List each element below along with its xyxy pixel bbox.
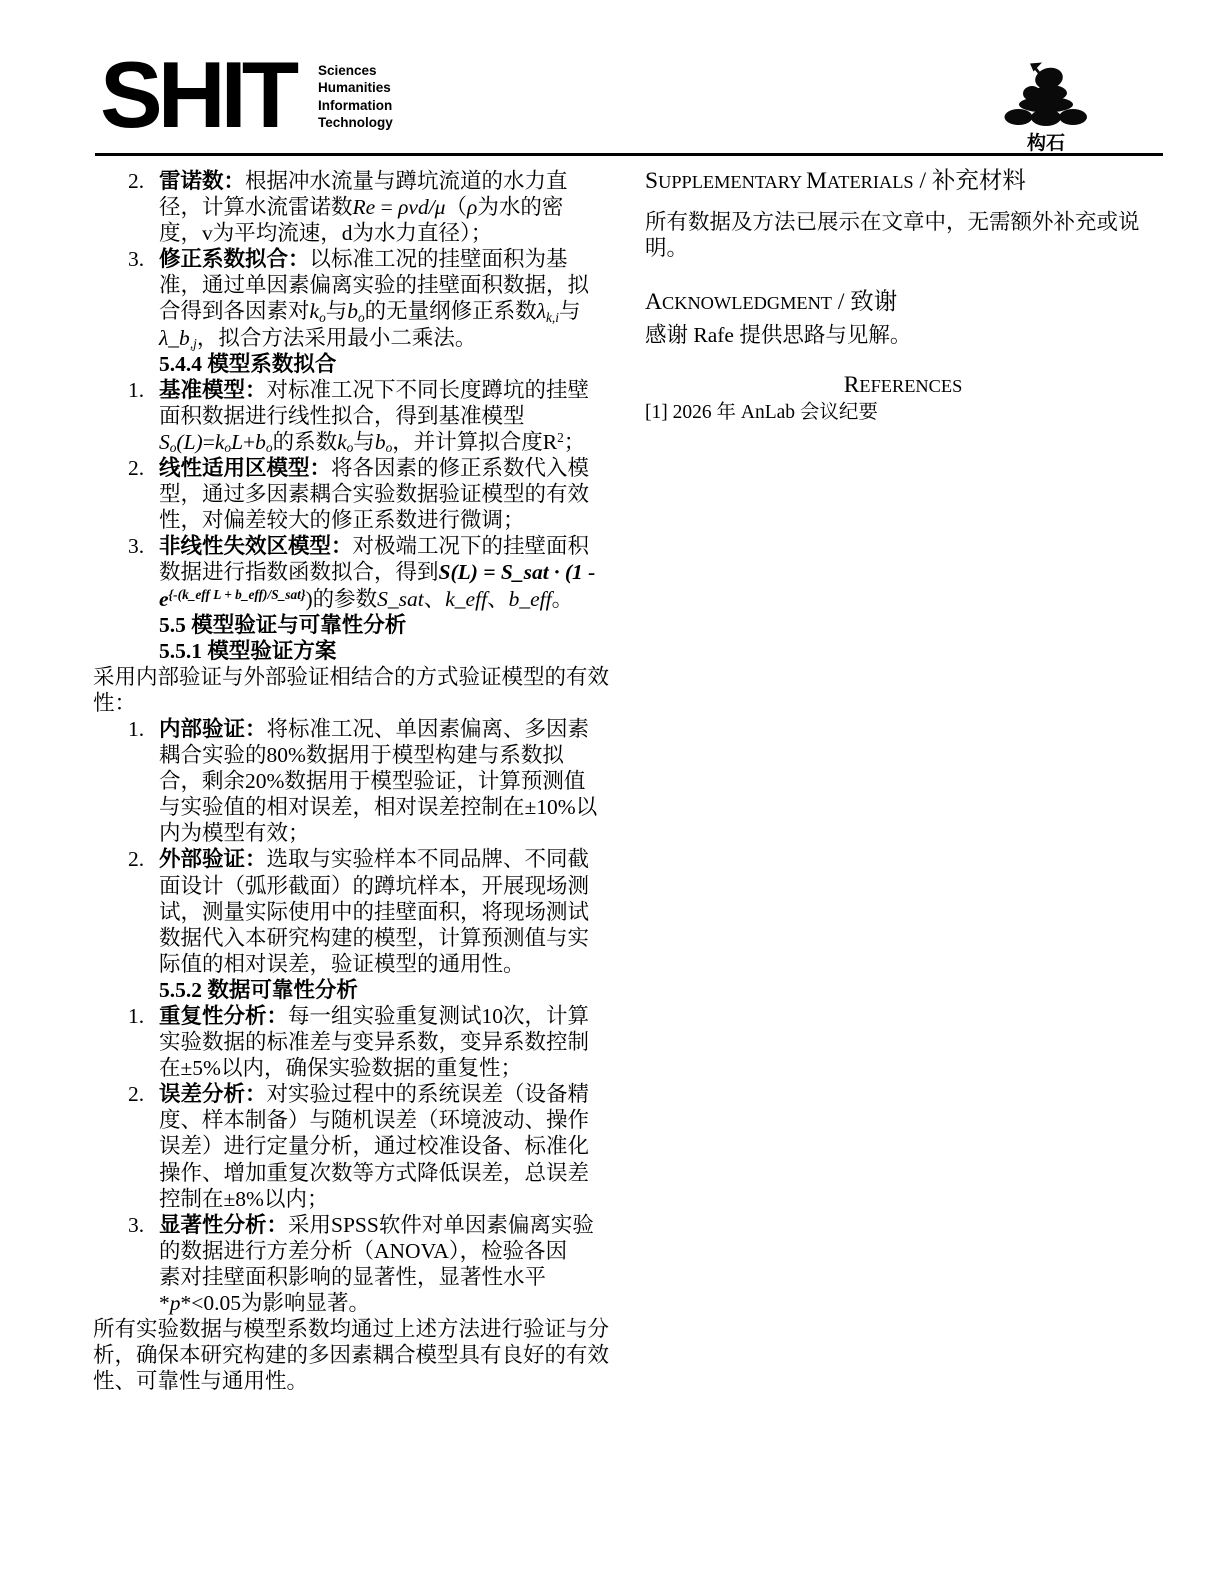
section-heading: 5.4.4 模型系数拟合: [93, 351, 623, 377]
text-run: 、: [487, 587, 509, 611]
org-logo: 构石: [1000, 62, 1092, 155]
text-run: Re: [353, 195, 376, 219]
text-run: 素对挂壁面积影响的显著性，显著性水平: [159, 1265, 546, 1289]
text-run: 耦合实验的80%数据用于模型构建与系数拟: [159, 743, 564, 767]
list-item: 1.基准模型：对标准工况下不同长度蹲坑的挂壁面积数据进行线性拟合，得到基准模型S…: [93, 377, 623, 455]
list-number: 3.: [128, 1212, 144, 1238]
text-run: 修正系数拟合：: [159, 247, 310, 271]
org-logo-label: 构石: [1000, 128, 1092, 155]
text-run: =: [375, 195, 398, 219]
text-run: ，并计算拟合度R: [392, 430, 557, 454]
list-number: 2.: [128, 846, 144, 872]
text-run: k: [215, 430, 225, 454]
text-run: 对实验过程中的系统误差（设备精: [267, 1082, 590, 1106]
list-number: 3.: [128, 533, 144, 559]
text-run: =: [203, 430, 215, 454]
text-run: S: [159, 430, 170, 454]
text-run: 际值的相对误差，验证模型的通用性。: [159, 952, 525, 976]
text-run: 合得到各因素对: [159, 299, 310, 323]
text-run: 所有实验数据与模型系数均通过上述方法进行验证与分: [93, 1317, 609, 1341]
text-run: 误差）进行定量分析，通过校准设备、标准化: [159, 1134, 589, 1158]
text-run: ；: [564, 430, 586, 454]
text-run: 数据进行指数函数拟合，得到: [159, 560, 439, 584]
text-run: 控制在±8%以内；: [159, 1187, 328, 1211]
text-run: 误差分析：: [159, 1082, 267, 1106]
section-heading: 5.5 模型验证与可靠性分析: [93, 612, 623, 638]
spacer: [645, 195, 1161, 209]
text-run: 为水的密: [477, 195, 563, 219]
text-run: 径，计算水流雷诺数: [159, 195, 353, 219]
list-item: 2.线性适用区模型：将各因素的修正系数代入模型，通过多因素耦合实验数据验证模型的…: [93, 455, 623, 533]
text-run: (L): [176, 430, 202, 454]
text-run: M: [806, 168, 827, 194]
paragraph: 所有数据及方法已展示在文章中，无需额外补充或说明。: [645, 209, 1161, 261]
text-run: b: [255, 430, 266, 454]
text-run: 度、样本制备）与随机误差（环境波动、操作: [159, 1108, 589, 1132]
text-run: 采用SPSS软件对单因素偏离实验: [288, 1213, 594, 1237]
text-run: （: [445, 195, 467, 219]
text-run: 数据代入本研究构建的模型，计算预测值与实: [159, 926, 589, 950]
text-run: λ: [537, 299, 546, 323]
list-number: 1.: [128, 1003, 144, 1029]
text-run: A: [645, 289, 662, 315]
text-line: 素对挂壁面积影响的显著性，显著性水平: [159, 1264, 623, 1290]
tagline-line-humanities: Humanities: [318, 79, 393, 96]
text-run: 以标准工况的挂壁面积为基: [310, 247, 568, 271]
text-run: 选取与实验样本不同品牌、不同截: [267, 847, 590, 871]
list-item: 2.外部验证：选取与实验样本不同品牌、不同截面设计（弧形截面）的蹲坑样本，开展现…: [93, 846, 623, 976]
text-line: So(L)=koL+bo的系数ko与bo，并计算拟合度R2；: [159, 429, 623, 455]
text-line: 误差分析：对实验过程中的系统误差（设备精: [159, 1081, 623, 1107]
text-run: 性，对偏差较大的修正系数进行微调；: [159, 508, 525, 532]
text-run: 雷诺数：: [159, 169, 245, 193]
text-run: 准，通过单因素偏离实验的挂壁面积数据，拟: [159, 273, 589, 297]
paragraph: 采用内部验证与外部验证相结合的方式验证模型的有效性：: [93, 664, 623, 716]
text-run: 采用内部验证与外部验证相结合的方式验证模型的有效: [93, 665, 609, 689]
text-run: / 补充材料: [914, 168, 1026, 194]
text-run: / 致谢: [832, 289, 897, 315]
text-run: p: [170, 1291, 181, 1315]
spacer: [645, 348, 1161, 372]
text-run: 对标准工况下不同长度蹲坑的挂壁: [267, 378, 590, 402]
text-run: ρvd/μ: [398, 195, 445, 219]
text-line: 5.5 模型验证与可靠性分析: [159, 612, 623, 638]
text-run: k: [337, 430, 347, 454]
text-run: 的无量纲修正系数: [365, 299, 537, 323]
text-run: CKNOWLEDGMENT: [662, 293, 832, 313]
text-run: 与: [326, 299, 348, 323]
text-run: *: [159, 1291, 170, 1315]
text-line: 在±5%以内，确保实验数据的重复性；: [159, 1055, 623, 1081]
text-line: 外部验证：选取与实验样本不同品牌、不同截: [159, 846, 623, 872]
tagline-line-information: Information: [318, 97, 393, 114]
text-line: 所有数据及方法已展示在文章中，无需额外补充或说: [645, 209, 1161, 235]
list-number: 1.: [128, 377, 144, 403]
text-run: 5.4.4 模型系数拟合: [159, 352, 336, 376]
text-line: 误差）进行定量分析，通过校准设备、标准化: [159, 1133, 623, 1159]
text-run: *<0.05为影响显著。: [181, 1291, 371, 1315]
text-line: SUPPLEMENTARY MATERIALS / 补充材料: [645, 168, 1161, 195]
text-run: 性、可靠性与通用性。: [93, 1369, 308, 1393]
list-number: 2.: [128, 168, 144, 194]
text-line: 际值的相对误差，验证模型的通用性。: [159, 951, 623, 977]
text-line: 内部验证：将标准工况、单因素偏离、多因素: [159, 716, 623, 742]
text-line: 修正系数拟合：以标准工况的挂壁面积为基: [159, 246, 623, 272]
spacer: [645, 261, 1161, 289]
text-run: e: [159, 587, 169, 611]
text-run: 实验数据的标准差与变异系数，变异系数控制: [159, 1030, 589, 1054]
journal-logo-text: SHIT: [100, 48, 294, 142]
text-line: 与实验值的相对误差，相对误差控制在±10%以: [159, 794, 623, 820]
references-heading: REFERENCES: [645, 372, 1161, 399]
text-run: 重复性分析：: [159, 1004, 288, 1028]
text-run: R: [844, 372, 860, 398]
paragraph: 感谢 Rafe 提供思路与见解。: [645, 322, 1161, 348]
text-run: +: [243, 430, 255, 454]
text-line: 度、样本制备）与随机误差（环境波动、操作: [159, 1107, 623, 1133]
tagline-line-technology: Technology: [318, 114, 393, 131]
text-run: 对极端工况下的挂壁面积: [353, 534, 590, 558]
text-line: 型，通过多因素耦合实验数据验证模型的有效: [159, 481, 623, 507]
text-run: ，拟合方法采用最小二乘法。: [197, 326, 477, 350]
text-run: 操作、增加重复次数等方式降低误差，总误差: [159, 1161, 589, 1185]
section-heading: 5.5.1 模型验证方案: [93, 638, 623, 664]
text-run: 面设计（弧形截面）的蹲坑样本，开展现场测: [159, 874, 589, 898]
text-run: 明。: [645, 236, 688, 260]
text-run: 析，确保本研究构建的多因素耦合模型具有良好的有效: [93, 1343, 609, 1367]
text-run: 5.5.1 模型验证方案: [159, 639, 336, 663]
left-column: 2.雷诺数：根据冲水流量与蹲坑流道的水力直径，计算水流雷诺数Re = ρvd/μ…: [93, 168, 623, 1394]
text-run: UPPLEMENTARY: [658, 172, 806, 192]
text-line: 准，通过单因素偏离实验的挂壁面积数据，拟: [159, 272, 623, 298]
list-number: 2.: [128, 455, 144, 481]
text-line: 实验数据的标准差与变异系数，变异系数控制: [159, 1029, 623, 1055]
right-column: SUPPLEMENTARY MATERIALS / 补充材料所有数据及方法已展示…: [645, 168, 1161, 426]
paper-page: { "header": { "logo_text": "SHIT", "tagl…: [0, 0, 1224, 1584]
list-item: 3.修正系数拟合：以标准工况的挂壁面积为基准，通过单因素偏离实验的挂壁面积数据，…: [93, 246, 623, 350]
text-line: 性：: [93, 690, 623, 716]
text-run: 与: [353, 430, 375, 454]
text-line: [1] 2026 年 AnLab 会议纪要: [645, 400, 1161, 426]
text-run: λ_b: [159, 326, 190, 350]
journal-tagline: Sciences Humanities Information Technolo…: [318, 62, 393, 132]
text-line: 耦合实验的80%数据用于模型构建与系数拟: [159, 742, 623, 768]
list-item: 3.显著性分析：采用SPSS软件对单因素偏离实验的数据进行方差分析（ANOVA）…: [93, 1212, 623, 1316]
text-line: 内为模型有效；: [159, 820, 623, 846]
text-line: 面设计（弧形截面）的蹲坑样本，开展现场测: [159, 873, 623, 899]
text-run: 合，剩余20%数据用于模型验证，计算预测值: [159, 769, 585, 793]
text-run: b: [375, 430, 386, 454]
text-line: *p*<0.05为影响显著。: [159, 1290, 623, 1316]
text-run: 试，测量实际使用中的挂壁面积，将现场测试: [159, 900, 589, 924]
text-line: 雷诺数：根据冲水流量与蹲坑流道的水力直: [159, 168, 623, 194]
text-run: 根据冲水流量与蹲坑流道的水力直: [245, 169, 568, 193]
text-line: 的数据进行方差分析（ANOVA），检验各因: [159, 1238, 623, 1264]
text-line: 基准模型：对标准工况下不同长度蹲坑的挂壁: [159, 377, 623, 403]
text-run: 每一组实验重复测试10次，计算: [288, 1004, 589, 1028]
text-run: S_sat: [377, 587, 424, 611]
list-item: 1.内部验证：将标准工况、单因素偏离、多因素耦合实验的80%数据用于模型构建与系…: [93, 716, 623, 846]
list-item: 2.误差分析：对实验过程中的系统误差（设备精度、样本制备）与随机误差（环境波动、…: [93, 1081, 623, 1211]
list-item: 3.非线性失效区模型：对极端工况下的挂壁面积数据进行指数函数拟合，得到S(L) …: [93, 533, 623, 611]
text-run: ρ: [467, 195, 477, 219]
text-run: 线性适用区模型：: [159, 456, 331, 480]
text-run: 非线性失效区模型：: [159, 534, 353, 558]
list-number: 3.: [128, 246, 144, 272]
text-line: 重复性分析：每一组实验重复测试10次，计算: [159, 1003, 623, 1029]
text-line: 试，测量实际使用中的挂壁面积，将现场测试: [159, 899, 623, 925]
text-run: 型，通过多因素耦合实验数据验证模型的有效: [159, 482, 589, 506]
text-run: 外部验证：: [159, 847, 267, 871]
text-line: ACKNOWLEDGMENT / 致谢: [645, 289, 1161, 316]
text-line: 性、可靠性与通用性。: [93, 1368, 623, 1394]
text-line: 数据代入本研究构建的模型，计算预测值与实: [159, 925, 623, 951]
text-line: 非线性失效区模型：对极端工况下的挂壁面积: [159, 533, 623, 559]
text-run: 面积数据进行线性拟合，得到基准模型: [159, 404, 525, 428]
list-number: 1.: [128, 716, 144, 742]
text-line: 合得到各因素对ko与bo的无量纲修正系数λk,i与: [159, 298, 623, 324]
text-run: b_eff: [509, 587, 552, 611]
text-run: b: [347, 299, 358, 323]
text-run: 感谢 Rafe 提供思路与见解。: [645, 323, 911, 347]
text-line: 5.5.2 数据可靠性分析: [159, 977, 623, 1003]
text-run: k_eff: [445, 587, 487, 611]
text-line: 控制在±8%以内；: [159, 1186, 623, 1212]
section-heading: 5.5.2 数据可靠性分析: [93, 977, 623, 1003]
text-line: λ_b,j，拟合方法采用最小二乘法。: [159, 325, 623, 351]
text-run: 基准模型：: [159, 378, 267, 402]
text-line: 合，剩余20%数据用于模型验证，计算预测值: [159, 768, 623, 794]
text-line: 5.5.1 模型验证方案: [159, 638, 623, 664]
text-run: [1] 2026 年 AnLab 会议纪要: [645, 402, 878, 423]
text-run: EFERENCES: [859, 376, 962, 396]
header-divider: [95, 153, 1163, 156]
list-item: 1.重复性分析：每一组实验重复测试10次，计算实验数据的标准差与变异系数，变异系…: [93, 1003, 623, 1081]
list-item: 2.雷诺数：根据冲水流量与蹲坑流道的水力直径，计算水流雷诺数Re = ρvd/μ…: [93, 168, 623, 246]
text-line: 度，v为平均流速，d为水力直径）；: [159, 220, 623, 246]
text-run: k: [310, 299, 320, 323]
text-line: REFERENCES: [645, 372, 1161, 399]
acknowledgment-heading: ACKNOWLEDGMENT / 致谢: [645, 289, 1161, 316]
text-run: 显著性分析：: [159, 1213, 288, 1237]
text-run: 将各因素的修正系数代入模: [331, 456, 589, 480]
text-run: 。: [552, 587, 574, 611]
text-run: ATERIALS: [827, 172, 914, 192]
text-run: 内为模型有效；: [159, 821, 310, 845]
text-line: 性，对偏差较大的修正系数进行微调；: [159, 507, 623, 533]
text-run: 的系数: [273, 430, 338, 454]
text-line: 析，确保本研究构建的多因素耦合模型具有良好的有效: [93, 1342, 623, 1368]
text-run: L: [231, 430, 243, 454]
text-run: S(L) = S_sat · (1 -: [439, 560, 596, 584]
text-line: 线性适用区模型：将各因素的修正系数代入模: [159, 455, 623, 481]
reference-item-1: [1] 2026 年 AnLab 会议纪要: [645, 400, 1161, 426]
cairn-stones-flag-icon: [1002, 62, 1090, 126]
text-line: 感谢 Rafe 提供思路与见解。: [645, 322, 1161, 348]
text-run: 将标准工况、单因素偏离、多因素: [267, 717, 590, 741]
text-run: 与: [559, 299, 581, 323]
text-line: 所有实验数据与模型系数均通过上述方法进行验证与分: [93, 1316, 623, 1342]
text-line: 采用内部验证与外部验证相结合的方式验证模型的有效: [93, 664, 623, 690]
text-run: 性：: [93, 691, 136, 715]
list-number: 2.: [128, 1081, 144, 1107]
text-line: 径，计算水流雷诺数Re = ρvd/μ（ρ为水的密: [159, 194, 623, 220]
text-run: 度，v为平均流速，d为水力直径）；: [159, 221, 492, 245]
text-run: 5.5.2 数据可靠性分析: [159, 978, 358, 1002]
text-run: 、: [424, 587, 446, 611]
text-run: S: [645, 168, 658, 194]
text-run: 5.5 模型验证与可靠性分析: [159, 613, 406, 637]
text-run: 与实验值的相对误差，相对误差控制在±10%以: [159, 795, 597, 819]
supplementary-materials-heading: SUPPLEMENTARY MATERIALS / 补充材料: [645, 168, 1161, 195]
text-run: )的参数: [305, 587, 377, 611]
text-run: 在±5%以内，确保实验数据的重复性；: [159, 1056, 522, 1080]
paragraph: 所有实验数据与模型系数均通过上述方法进行验证与分析，确保本研究构建的多因素耦合模…: [93, 1316, 623, 1394]
text-line: 明。: [645, 235, 1161, 261]
text-line: 操作、增加重复次数等方式降低误差，总误差: [159, 1160, 623, 1186]
text-line: 5.4.4 模型系数拟合: [159, 351, 623, 377]
text-run: 的数据进行方差分析（ANOVA），检验各因: [159, 1239, 567, 1263]
text-line: 面积数据进行线性拟合，得到基准模型: [159, 403, 623, 429]
text-line: e{-(k_eff L + b_eff)/S_sat})的参数S_sat、k_e…: [159, 586, 623, 612]
tagline-line-sciences: Sciences: [318, 62, 393, 79]
text-line: 显著性分析：采用SPSS软件对单因素偏离实验: [159, 1212, 623, 1238]
text-run: 所有数据及方法已展示在文章中，无需额外补充或说: [645, 210, 1140, 234]
text-run: 内部验证：: [159, 717, 267, 741]
text-line: 数据进行指数函数拟合，得到S(L) = S_sat · (1 -: [159, 559, 623, 585]
